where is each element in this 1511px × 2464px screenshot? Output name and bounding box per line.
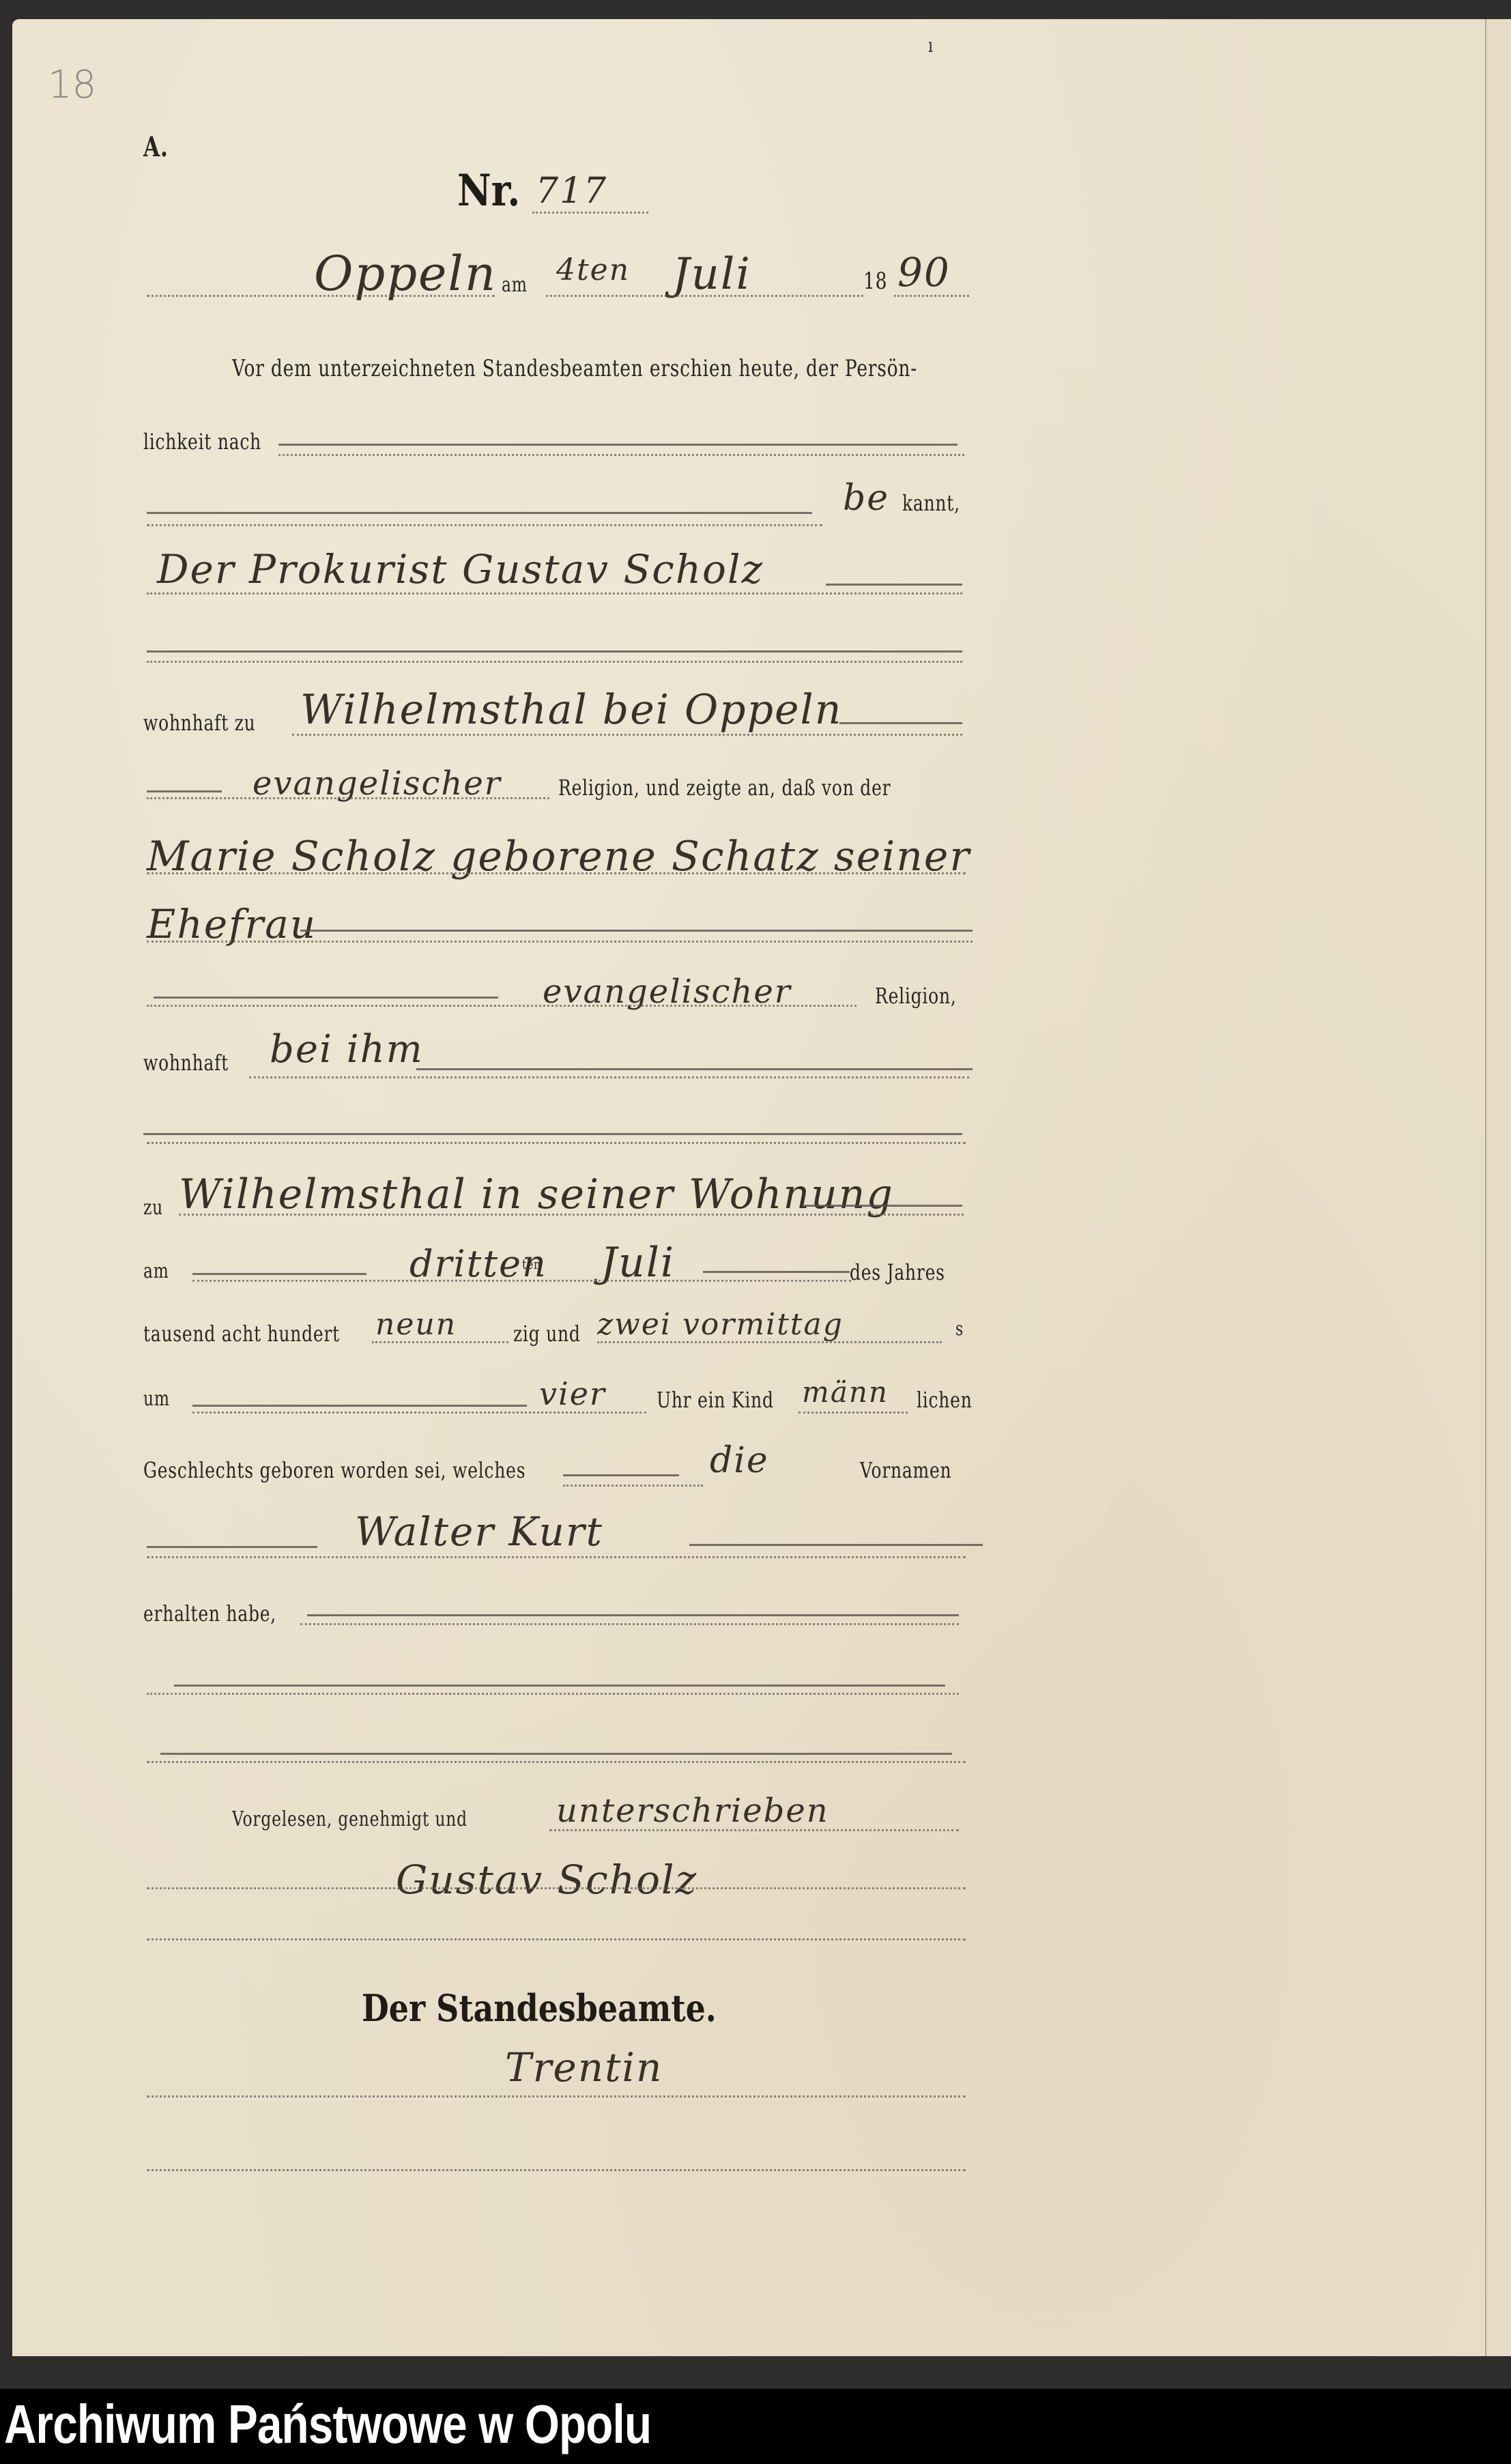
strike-line bbox=[192, 1405, 527, 1407]
date-am-label: am bbox=[502, 273, 528, 297]
strike-line bbox=[416, 1068, 973, 1070]
die-hand: die bbox=[710, 1440, 769, 1481]
strike-line bbox=[192, 1273, 366, 1275]
unterschrieben-hand: unterschrieben bbox=[556, 1792, 829, 1830]
fill-line bbox=[147, 941, 973, 943]
am-label: am bbox=[143, 1259, 169, 1283]
date-line bbox=[546, 295, 863, 297]
fill-line bbox=[147, 592, 962, 594]
book-spine-edge bbox=[1486, 19, 1511, 2356]
strike-line bbox=[147, 512, 812, 514]
des-jahres-label: des Jahres bbox=[850, 1259, 945, 1285]
fill-line bbox=[249, 1076, 969, 1078]
fill-line bbox=[372, 1341, 508, 1343]
registrar-signature-line bbox=[147, 2095, 966, 2097]
um-label: um bbox=[143, 1387, 170, 1411]
strike-line bbox=[154, 997, 498, 999]
year-words-label: tausend acht hundert bbox=[143, 1321, 340, 1347]
erhalten-habe-label: erhalten habe, bbox=[143, 1601, 276, 1627]
date-day: 4ten bbox=[556, 253, 630, 287]
religion-line: Religion, und zeigte an, daß von der bbox=[558, 775, 891, 801]
year-prefix: 18 bbox=[863, 268, 887, 295]
blank-line bbox=[147, 1938, 966, 1940]
pencil-page-number: 18 bbox=[48, 63, 96, 107]
strike-line bbox=[563, 1474, 679, 1476]
place: Oppeln bbox=[314, 246, 497, 302]
strike-line bbox=[147, 1546, 317, 1548]
lichkeit-nach-label: lichkeit nach bbox=[143, 429, 261, 455]
top-mark: ı bbox=[928, 34, 934, 57]
fill-line bbox=[147, 1556, 966, 1558]
religion-label: Religion, bbox=[875, 983, 957, 1009]
archive-banner: Archiwum Państwowe w Opolu bbox=[0, 2389, 1511, 2464]
record-number-label: Nr. bbox=[457, 165, 520, 216]
strike-line bbox=[826, 584, 962, 586]
strike-line bbox=[300, 930, 973, 932]
fill-line bbox=[192, 1280, 851, 1282]
strike-line bbox=[160, 1753, 952, 1755]
final-line bbox=[147, 2169, 966, 2171]
intro-line: Vor dem unterzeichneten Standesbeamten e… bbox=[232, 355, 917, 382]
fill-line bbox=[147, 1693, 959, 1695]
informant-signature: Gustav Scholz bbox=[396, 1857, 697, 1903]
fill-line bbox=[179, 1214, 964, 1216]
s-suffix: s bbox=[955, 1317, 964, 1340]
lichen-label: lichen bbox=[917, 1387, 973, 1413]
strike-line bbox=[147, 790, 222, 792]
wohnhaft-zu-label: wohnhaft zu bbox=[143, 710, 256, 736]
year-suffix: 90 bbox=[897, 249, 951, 296]
fill-line bbox=[147, 1142, 966, 1144]
strike-line bbox=[143, 1133, 962, 1135]
fill-line bbox=[147, 661, 962, 663]
fill-line bbox=[147, 1761, 966, 1763]
record-number-line bbox=[532, 212, 648, 214]
year-tens-hand: neun bbox=[375, 1307, 457, 1342]
fill-line bbox=[147, 797, 549, 799]
fill-line bbox=[597, 1341, 942, 1343]
birth-place: Wilhelmsthal in seiner Wohnung bbox=[179, 1171, 894, 1218]
bekannt-prefix: be bbox=[843, 478, 889, 519]
informant-name: Der Prokurist Gustav Scholz bbox=[157, 546, 764, 592]
fill-line bbox=[192, 1412, 646, 1414]
fill-line bbox=[549, 1829, 959, 1831]
signature-line bbox=[147, 1887, 966, 1889]
strike-line bbox=[689, 1544, 983, 1546]
strike-line bbox=[307, 1614, 959, 1616]
form-letter: A. bbox=[143, 131, 169, 163]
fill-line bbox=[147, 524, 822, 526]
fill-line bbox=[563, 1485, 703, 1487]
geschlechts-line: Geschlechts geboren worden sei, welches bbox=[143, 1457, 526, 1483]
birth-hour: vier bbox=[539, 1375, 606, 1412]
vorgelesen-label: Vorgelesen, genehmigt und bbox=[232, 1807, 467, 1831]
zu-label: zu bbox=[143, 1196, 163, 1220]
strike-line bbox=[703, 1271, 850, 1273]
year-line bbox=[894, 295, 969, 297]
informant-residence: Wilhelmsthal bei Oppeln bbox=[300, 686, 842, 734]
fill-line bbox=[147, 1005, 857, 1007]
strike-line bbox=[278, 444, 958, 446]
date-month: Juli bbox=[672, 249, 751, 300]
uhr-kind-label: Uhr ein Kind bbox=[657, 1387, 774, 1413]
child-names: Walter Kurt bbox=[355, 1508, 603, 1555]
birth-day-suffix: ten bbox=[522, 1256, 541, 1272]
archive-name: Archiwum Państwowe w Opolu bbox=[4, 2390, 651, 2459]
registrar-title: Der Standesbeamte. bbox=[362, 1986, 717, 2030]
year-units-hand: zwei vormittag bbox=[597, 1307, 844, 1342]
fill-line bbox=[292, 734, 962, 736]
fill-line bbox=[798, 1412, 908, 1414]
vornamen-label: Vornamen bbox=[860, 1457, 951, 1483]
mother-residence: bei ihm bbox=[270, 1027, 424, 1072]
strike-line bbox=[802, 1205, 962, 1207]
fill-line bbox=[278, 454, 964, 456]
place-line bbox=[147, 295, 495, 297]
strike-line bbox=[174, 1685, 945, 1687]
bekannt-label: kannt, bbox=[902, 490, 960, 516]
gender-hand: männ bbox=[802, 1375, 889, 1409]
strike-line bbox=[147, 650, 962, 653]
record-number-value: 717 bbox=[536, 171, 607, 212]
fill-line bbox=[147, 872, 966, 874]
zig-und-label: zig und bbox=[513, 1321, 581, 1347]
wohnhaft-label: wohnhaft bbox=[143, 1050, 229, 1076]
strike-line bbox=[839, 722, 962, 724]
fill-line bbox=[300, 1623, 959, 1625]
